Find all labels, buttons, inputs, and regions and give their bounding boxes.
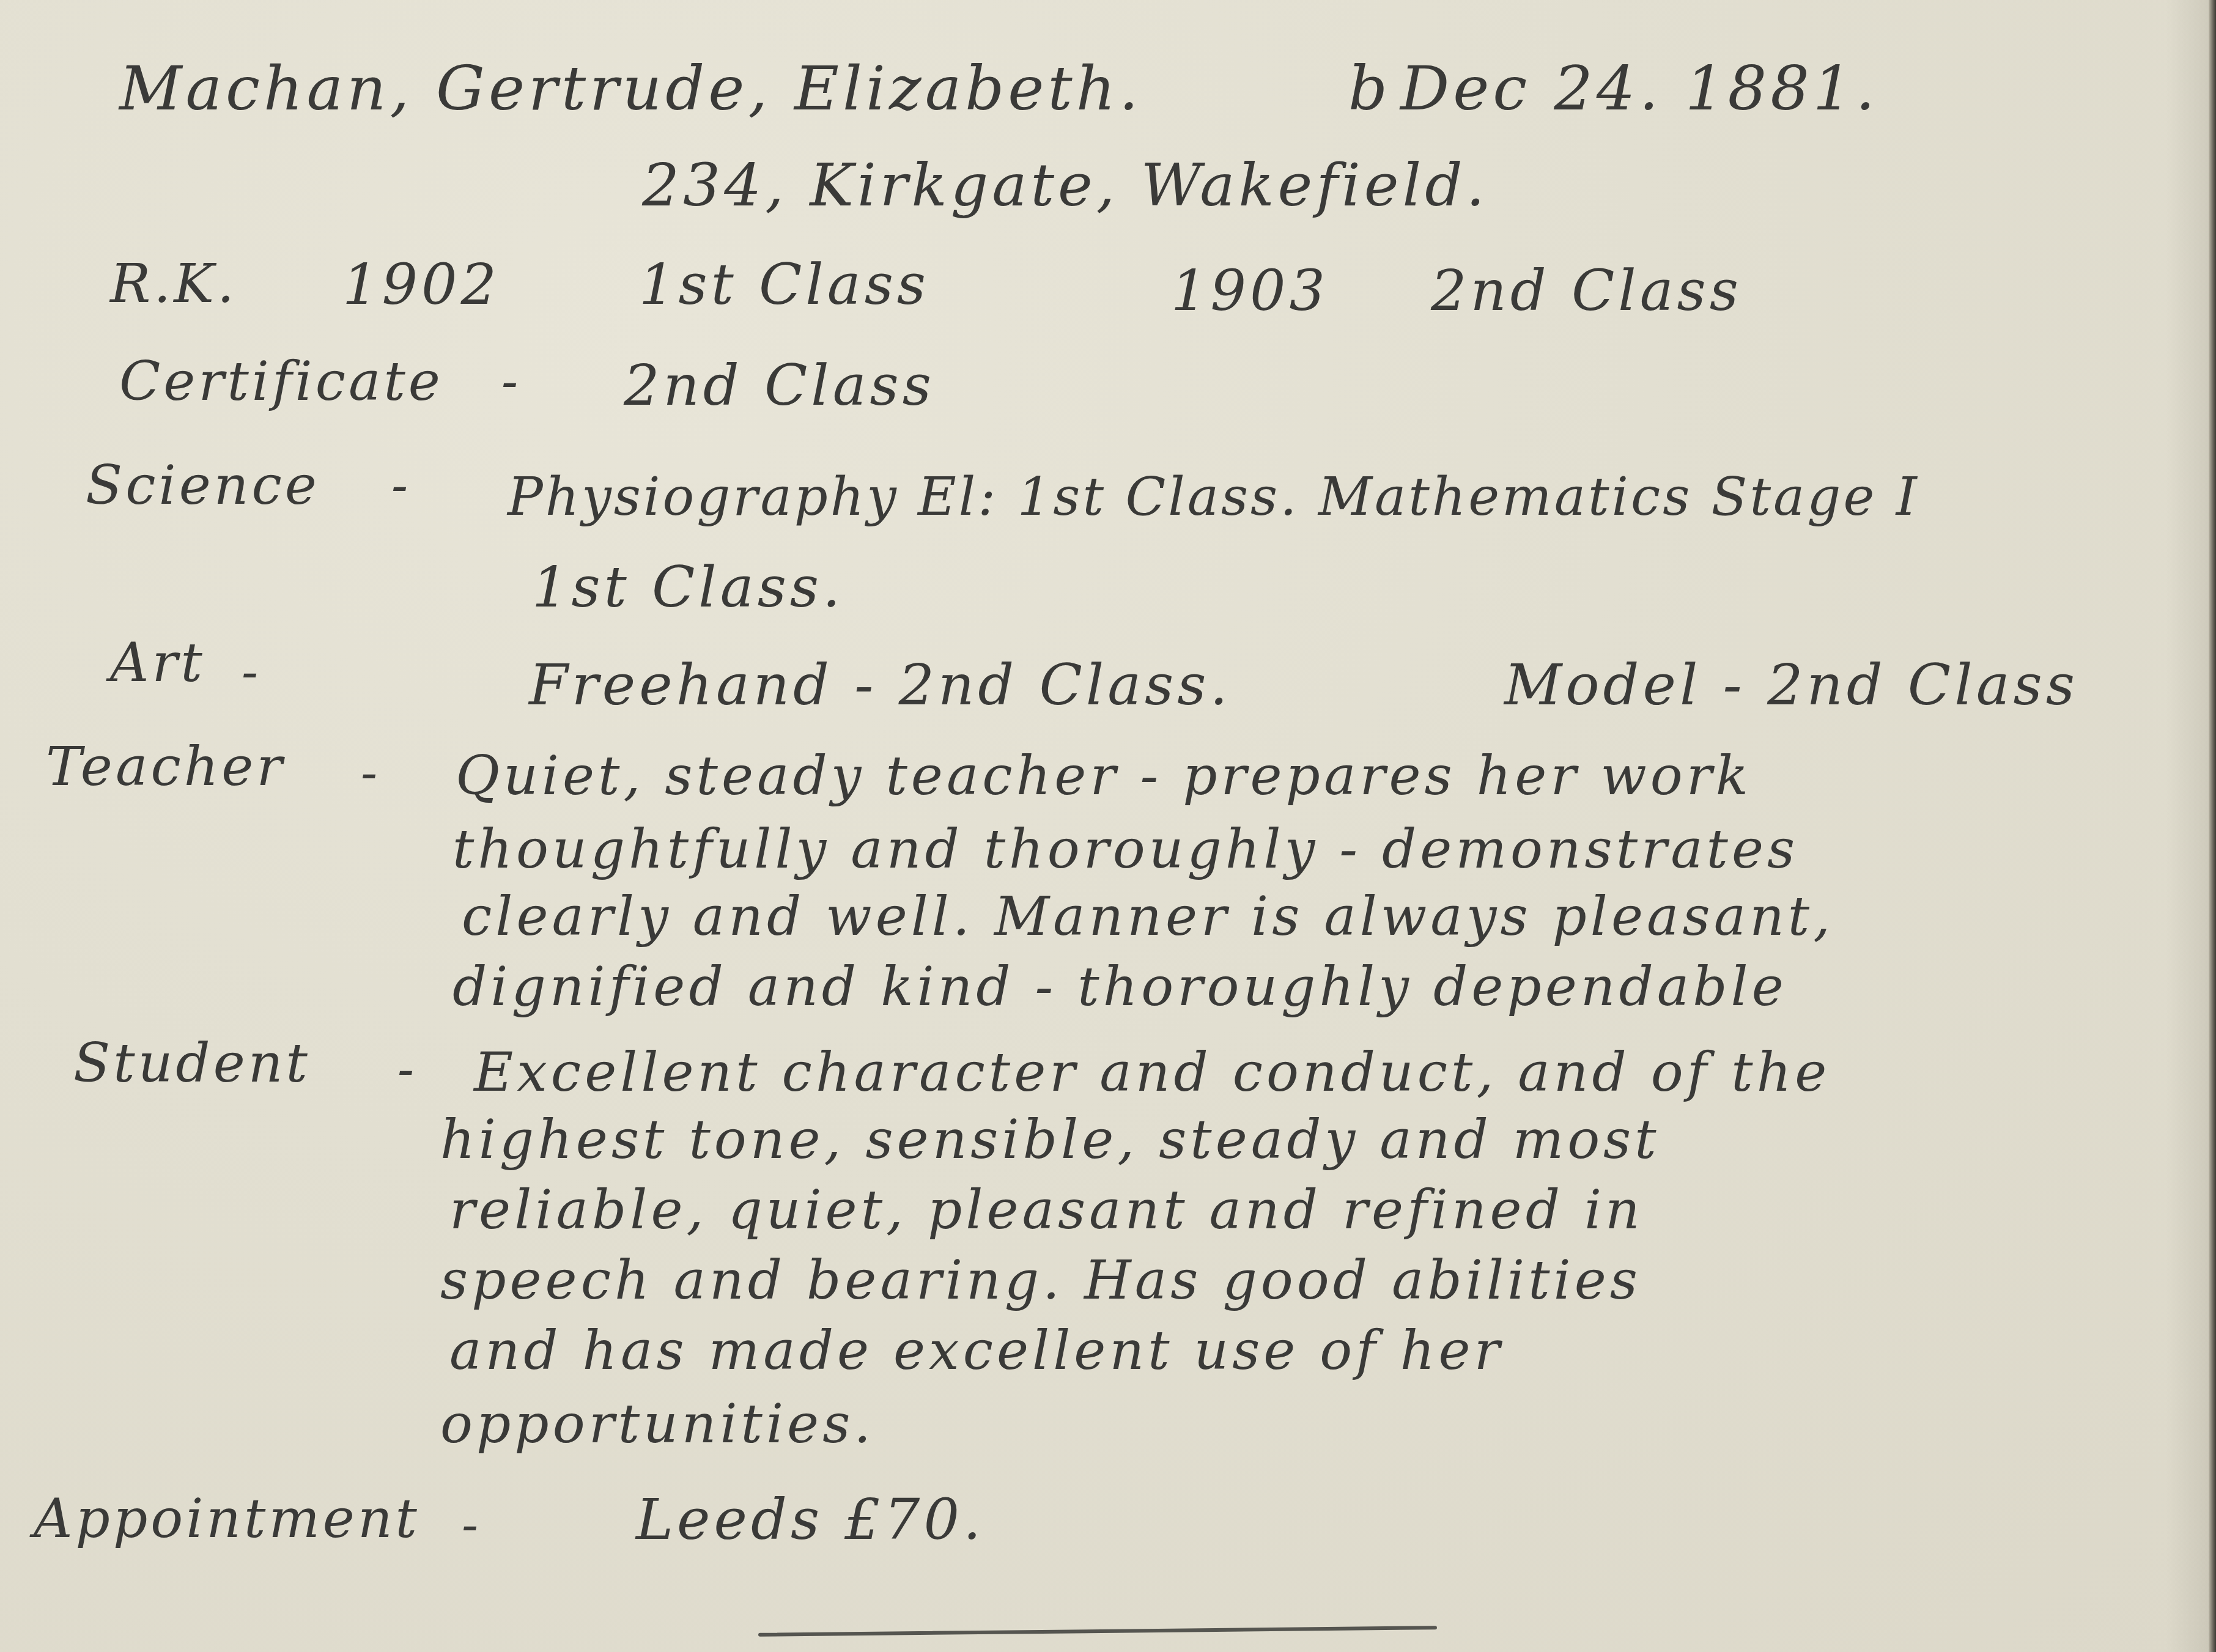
- rk-result-1902: 1st Class: [639, 257, 929, 313]
- teacher-line-3: clearly and well. Manner is always pleas…: [462, 890, 1834, 943]
- birth-date: Dec 24. 1881.: [1400, 58, 1878, 119]
- teacher-line-4: dignified and kind - thoroughly dependab…: [452, 960, 1787, 1014]
- rk-year-1902: 1902: [342, 257, 500, 313]
- closing-rule: [758, 1626, 1437, 1637]
- rk-year-1903: 1903: [1171, 263, 1329, 319]
- teacher-separator: -: [361, 749, 377, 798]
- art-separator: -: [242, 648, 258, 697]
- science-line-2: 1st Class.: [532, 559, 844, 616]
- teacher-line-1: Quiet, steady teacher - prepares her wor…: [456, 749, 1752, 803]
- student-line-6: opportunities.: [440, 1397, 874, 1451]
- teacher-line-2: thoughtfully and thoroughly - demonstrat…: [452, 822, 1798, 876]
- student-line-5: and has made excellent use of her: [449, 1324, 1504, 1377]
- binding-edge: [2209, 0, 2216, 1652]
- science-label: Science: [86, 459, 320, 512]
- binding-shadow: [2166, 0, 2209, 1652]
- student-line-1: Excellent character and conduct, and of …: [474, 1045, 1830, 1099]
- rk-label: R.K.: [110, 257, 237, 311]
- address: 234, Kirkgate, Wakefield.: [642, 156, 1488, 215]
- art-label: Art: [110, 636, 205, 690]
- student-line-4: speech and bearing. Has good abilities: [440, 1253, 1641, 1307]
- student-line-2: highest tone, sensible, steady and most: [440, 1113, 1660, 1167]
- art-freehand: Freehand - 2nd Class.: [529, 657, 1232, 714]
- student-line-3: reliable, quiet, pleasant and refined in: [449, 1183, 1644, 1237]
- science-separator: -: [391, 462, 408, 511]
- handwritten-record-page: Machan, Gertrude, Elizabeth. b Dec 24. 1…: [0, 0, 2216, 1652]
- rk-result-1903: 2nd Class: [1431, 263, 1742, 319]
- teacher-label: Teacher: [46, 740, 286, 794]
- student-label: Student: [73, 1036, 311, 1090]
- appointment-value: Leeds £70.: [636, 1492, 984, 1548]
- appointment-separator: -: [462, 1501, 478, 1550]
- student-separator: -: [397, 1045, 414, 1094]
- certificate-label: Certificate: [119, 355, 443, 408]
- appointment-label: Appointment: [34, 1492, 420, 1546]
- born-mark: b: [1348, 58, 1391, 119]
- student-name: Machan, Gertrude, Elizabeth.: [119, 58, 1142, 119]
- certificate-separator: -: [501, 358, 518, 407]
- science-line-1: Physiography El: 1st Class. Mathematics …: [508, 471, 1919, 523]
- art-model: Model - 2nd Class: [1504, 657, 2078, 714]
- certificate-value: 2nd Class: [624, 358, 935, 414]
